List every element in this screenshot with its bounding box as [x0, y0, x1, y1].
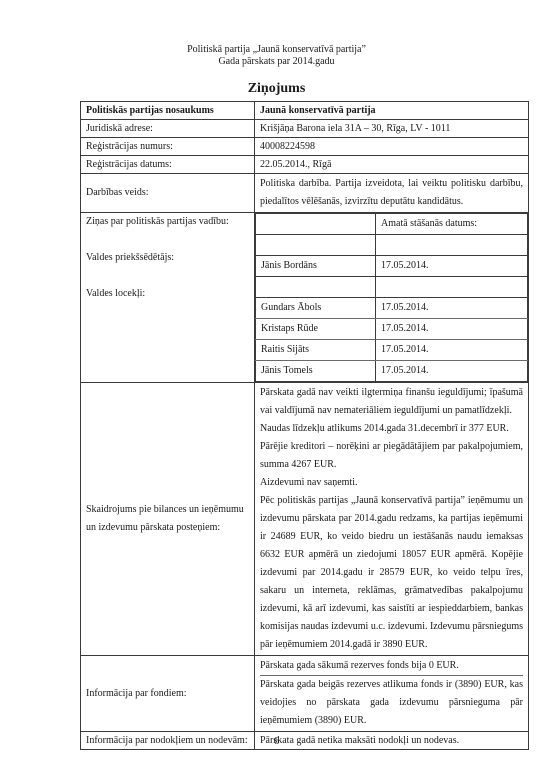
address-value: Krišjāņa Barona iela 31A – 30, Rīga, LV … — [255, 120, 529, 138]
member-name: Raitis Sijāts — [256, 340, 376, 361]
balance-paragraph: Naudas līdzekļu atlikums 2014.gada 31.de… — [260, 420, 523, 438]
funds-paragraph: Pārskata gada beigās rezerves atlikuma f… — [260, 676, 523, 730]
chair-row: Jānis Bordāns 17.05.2014. — [256, 256, 528, 277]
table-row: Politiskās partijas nosaukums Jaunā kons… — [81, 102, 529, 120]
address-label: Juridiskā adrese: — [81, 120, 255, 138]
table-row: Skaidrojums pie bilances un ieņēmumu un … — [81, 383, 529, 656]
reg-date-value: 22.05.2014., Rīgā — [255, 156, 529, 174]
member-date: 17.05.2014. — [376, 340, 528, 361]
balance-paragraph: Pārējie kreditori – norēķini ar piegādāt… — [260, 438, 523, 474]
leadership-label: Ziņas par politiskās partijas vadību: — [86, 213, 249, 231]
table-row: Ziņas par politiskās partijas vadību: Va… — [81, 213, 529, 383]
member-row: Kristaps Rūde 17.05.2014. — [256, 319, 528, 340]
leadership-block: Amatā stāšanās datums: Jānis Bordāns 17.… — [255, 213, 529, 383]
balance-paragraph: Pēc politiskās partijas „Jaunā konservat… — [260, 492, 523, 654]
balance-content: Pārskata gadā nav veikti ilgtermiņa fina… — [255, 383, 529, 656]
table-row: Juridiskā adrese: Krišjāņa Barona iela 3… — [81, 120, 529, 138]
funds-content: Pārskata gada sākumā rezerves fonds bija… — [255, 656, 529, 732]
members-label: Valdes locekļi: — [86, 285, 249, 303]
member-row: Raitis Sijāts 17.05.2014. — [256, 340, 528, 361]
funds-label: Informācija par fondiem: — [81, 656, 255, 732]
reg-date-label: Reģistrācijas datums: — [81, 156, 255, 174]
member-date: 17.05.2014. — [376, 319, 528, 340]
party-name-label: Politiskās partijas nosaukums — [81, 102, 255, 120]
table-row: Reģistrācijas numurs: 40008224598 — [81, 138, 529, 156]
leadership-labels: Ziņas par politiskās partijas vadību: Va… — [81, 213, 255, 383]
table-row: Informācija par fondiem: Pārskata gada s… — [81, 656, 529, 732]
document-header-report: Gada pārskats par 2014.gadu — [0, 56, 553, 68]
reg-number-value: 40008224598 — [255, 138, 529, 156]
chair-label: Valdes priekšsēdētājs: — [86, 249, 249, 267]
table-row: Darbības veids: Politiska darbība. Parti… — [81, 174, 529, 213]
member-row: Jānis Tomels 17.05.2014. — [256, 361, 528, 382]
page-title: Ziņojums — [0, 80, 553, 98]
balance-paragraph: Aizdevumi nav saņemti. — [260, 474, 523, 492]
date-header: Amatā stāšanās datums: — [376, 214, 528, 235]
activity-value: Politiska darbība. Partija izveidota, la… — [260, 175, 523, 211]
balance-label: Skaidrojums pie bilances un ieņēmumu un … — [81, 383, 255, 656]
member-date: 17.05.2014. — [376, 361, 528, 382]
member-name: Kristaps Rūde — [256, 319, 376, 340]
balance-paragraph: Pārskata gadā nav veikti ilgtermiņa fina… — [260, 384, 523, 420]
chair-date: 17.05.2014. — [376, 256, 528, 277]
reg-number-label: Reģistrācijas numurs: — [81, 138, 255, 156]
member-name: Jānis Tomels — [256, 361, 376, 382]
member-date: 17.05.2014. — [376, 298, 528, 319]
member-name: Gundars Ābols — [256, 298, 376, 319]
report-table: Politiskās partijas nosaukums Jaunā kons… — [80, 101, 529, 750]
funds-paragraph: Pārskata gada sākumā rezerves fonds bija… — [260, 657, 523, 676]
activity-label: Darbības veids: — [81, 174, 255, 213]
member-row: Gundars Ābols 17.05.2014. — [256, 298, 528, 319]
chair-name: Jānis Bordāns — [256, 256, 376, 277]
document-header-party: Politiskā partija „Jaunā konservatīvā pa… — [0, 44, 553, 56]
table-row: Reģistrācijas datums: 22.05.2014., Rīgā — [81, 156, 529, 174]
page-number: 6 — [0, 735, 553, 747]
party-name-value: Jaunā konservatīvā partija — [255, 102, 529, 120]
leadership-table: Amatā stāšanās datums: Jānis Bordāns 17.… — [255, 213, 528, 382]
